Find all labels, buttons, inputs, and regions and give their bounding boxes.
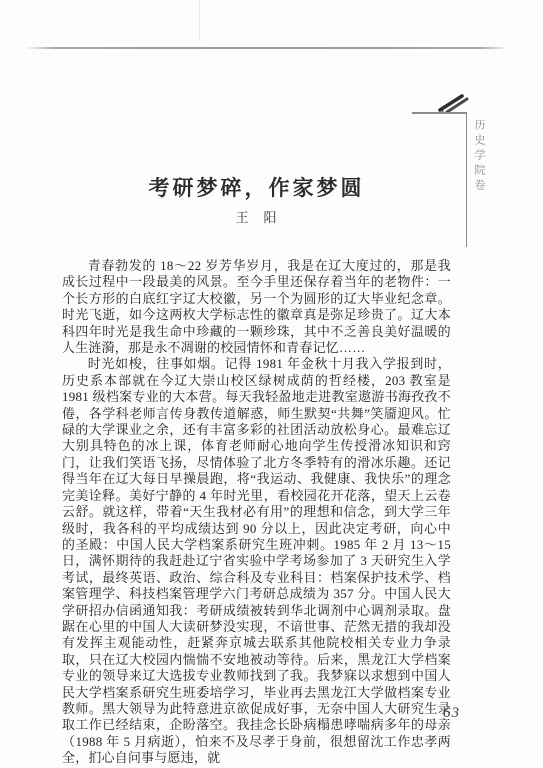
article-body: 青春勃发的 18～22 岁芳华岁月，我是在辽大度过的，那是我成长过程中一段最美的… [62,258,451,767]
scan-artifact-line [199,0,200,40]
page-number: 63 [443,705,460,722]
header-rule [25,47,509,49]
body-paragraph: 青春勃发的 18～22 岁芳华岁月，我是在辽大度过的，那是我成长过程中一段最美的… [62,258,451,356]
body-paragraph: 时光如梭，往事如烟。记得 1981 年金秋十月我入学报到时，历史系本部就在今辽大… [62,356,451,766]
pen-icon [437,91,469,113]
corner-rule-horizontal [412,112,466,114]
book-page: 历史学院卷 考研梦碎，作家梦圆 王 阳 青春勃发的 18～22 岁芳华岁月，我是… [0,0,543,768]
volume-side-label: 历史学院卷 [471,119,487,194]
corner-rule-vertical [466,112,468,247]
article-author: 王 阳 [62,207,451,226]
article-title: 考研梦碎，作家梦圆 [62,172,451,202]
